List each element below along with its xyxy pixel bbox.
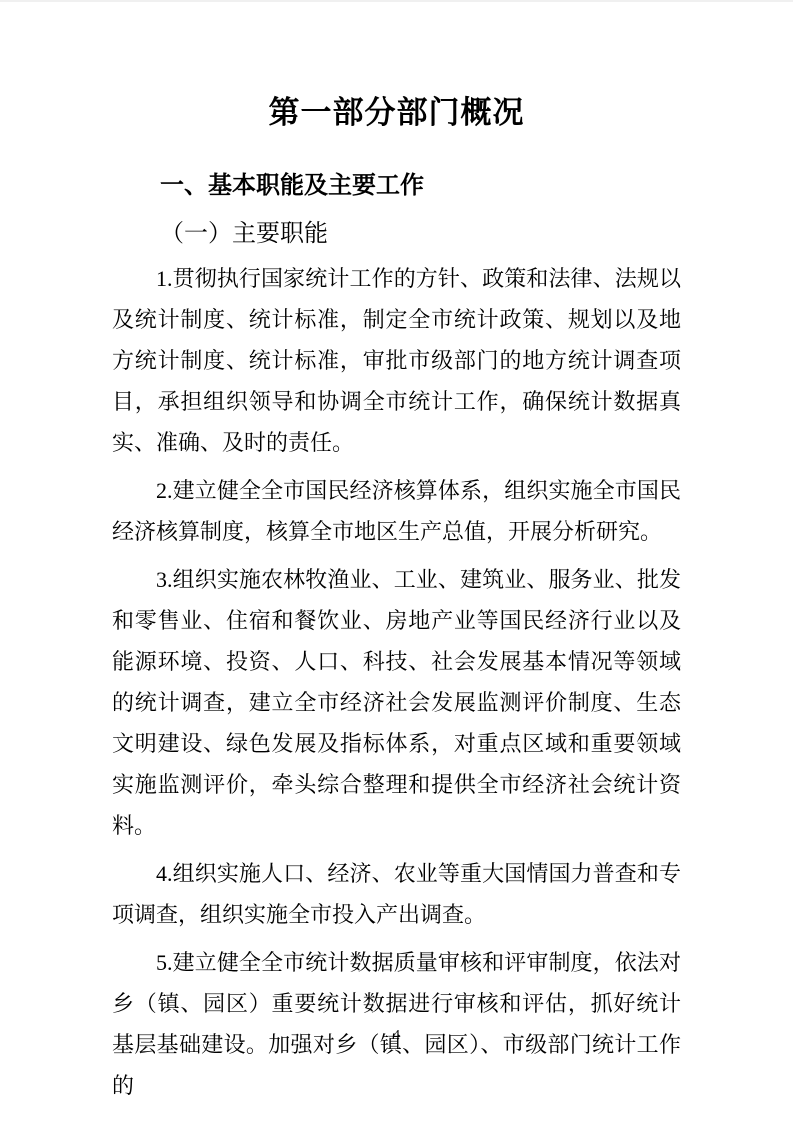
paragraph-5: 5.建立健全全市统计数据质量审核和评审制度，依法对乡（镇、园区）重要统计数据进行… bbox=[112, 942, 681, 1106]
paragraph-3: 3.组织实施农林牧渔业、工业、建筑业、服务业、批发和零售业、住宿和餐饮业、房地产… bbox=[112, 559, 681, 846]
paragraph-4: 4.组织实施人口、经济、农业等重大国情国力普查和专项调查，组织实施全市投入产出调… bbox=[112, 853, 681, 935]
page-number: 4 bbox=[0, 1028, 793, 1044]
subsection-heading: （一）主要职能 bbox=[112, 218, 681, 250]
section-heading: 一、基本职能及主要工作 bbox=[112, 170, 681, 202]
body-text: 1.贯彻执行国家统计工作的方针、政策和法律、法规以及统计制度、统计标准，制定全市… bbox=[112, 258, 681, 1106]
document-page: 第一部分部门概况 一、基本职能及主要工作 （一）主要职能 1.贯彻执行国家统计工… bbox=[0, 0, 793, 1122]
paragraph-1: 1.贯彻执行国家统计工作的方针、政策和法律、法规以及统计制度、统计标准，制定全市… bbox=[112, 258, 681, 463]
document-title: 第一部分部门概况 bbox=[112, 92, 681, 134]
paragraph-2: 2.建立健全全市国民经济核算体系，组织实施全市国民经济核算制度，核算全市地区生产… bbox=[112, 470, 681, 552]
